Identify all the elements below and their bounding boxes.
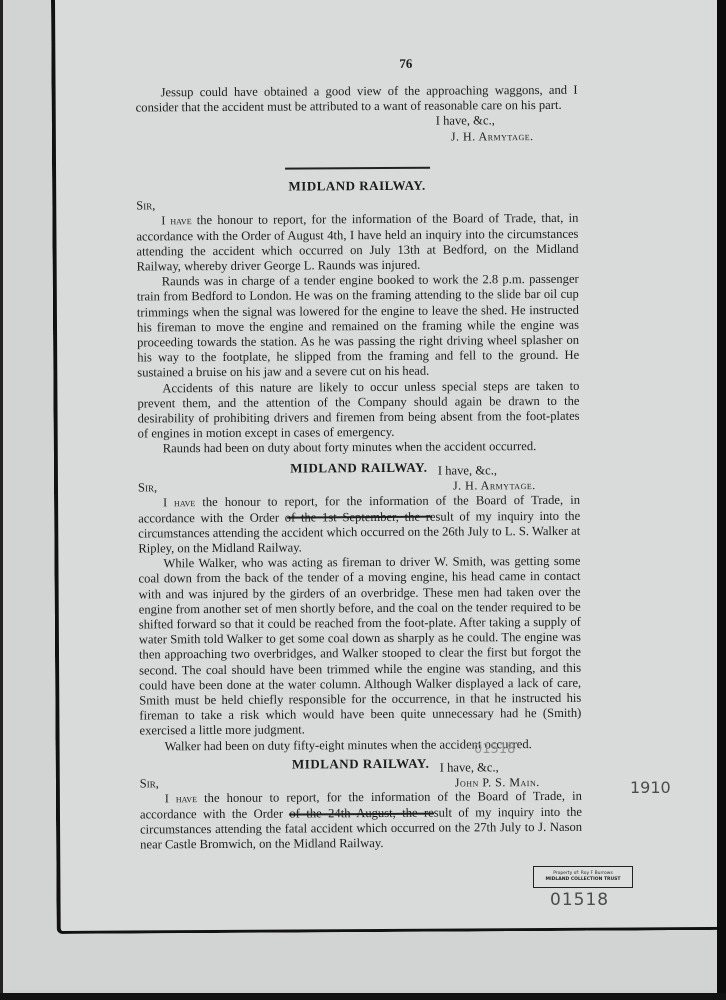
report-paragraph: I have the honour to report, for the inf… bbox=[136, 211, 578, 275]
report-paragraph: I have the honour to report, for the inf… bbox=[140, 789, 582, 853]
report-paragraph: Raunds had been on duty about forty minu… bbox=[138, 439, 580, 457]
report-heading: MIDLAND RAILWAY. bbox=[140, 755, 582, 773]
document-page: 76 Jessup could have obtained a good vie… bbox=[51, 0, 726, 934]
scan-bottom-shadow bbox=[0, 993, 726, 1000]
intro-signature: J. H. Armytage. bbox=[451, 128, 578, 144]
intro-paragraph: Jessup could have obtained a good view o… bbox=[136, 83, 578, 116]
scan-left-edge bbox=[0, 0, 3, 1000]
page-number: 76 bbox=[399, 56, 412, 71]
pencil-archive-number: 01518 bbox=[474, 742, 515, 757]
report-paragraph: Raunds was in charge of a tender engine … bbox=[137, 272, 580, 381]
margin-year-annotation: 1910 bbox=[630, 778, 671, 797]
report-paragraph: Accidents of this nature are likely to o… bbox=[137, 378, 579, 442]
opening-words: I have bbox=[163, 496, 195, 510]
opening-words: I have bbox=[161, 214, 191, 228]
collection-stamp: Property of: Roy F Burrows MIDLAND COLLE… bbox=[533, 866, 633, 888]
intro-section: Jessup could have obtained a good view o… bbox=[136, 83, 579, 189]
scan-right-shadow bbox=[717, 0, 726, 1000]
report-paragraph: I have the honour to report, for the inf… bbox=[138, 493, 580, 557]
archive-number: 01518 bbox=[550, 890, 609, 910]
intro-closing: I have, &c., bbox=[436, 113, 578, 129]
report-nason: MIDLAND RAILWAY. Sir, I have the honour … bbox=[140, 755, 583, 853]
opening-words: I have bbox=[165, 792, 197, 806]
report-paragraph: While Walker, who was acting as fireman … bbox=[138, 554, 581, 739]
report-heading: MIDLAND RAILWAY. bbox=[138, 459, 580, 477]
section-divider bbox=[285, 167, 430, 170]
stamp-collection: MIDLAND COLLECTION TRUST bbox=[534, 877, 632, 883]
report-heading: MIDLAND RAILWAY. bbox=[136, 177, 578, 195]
